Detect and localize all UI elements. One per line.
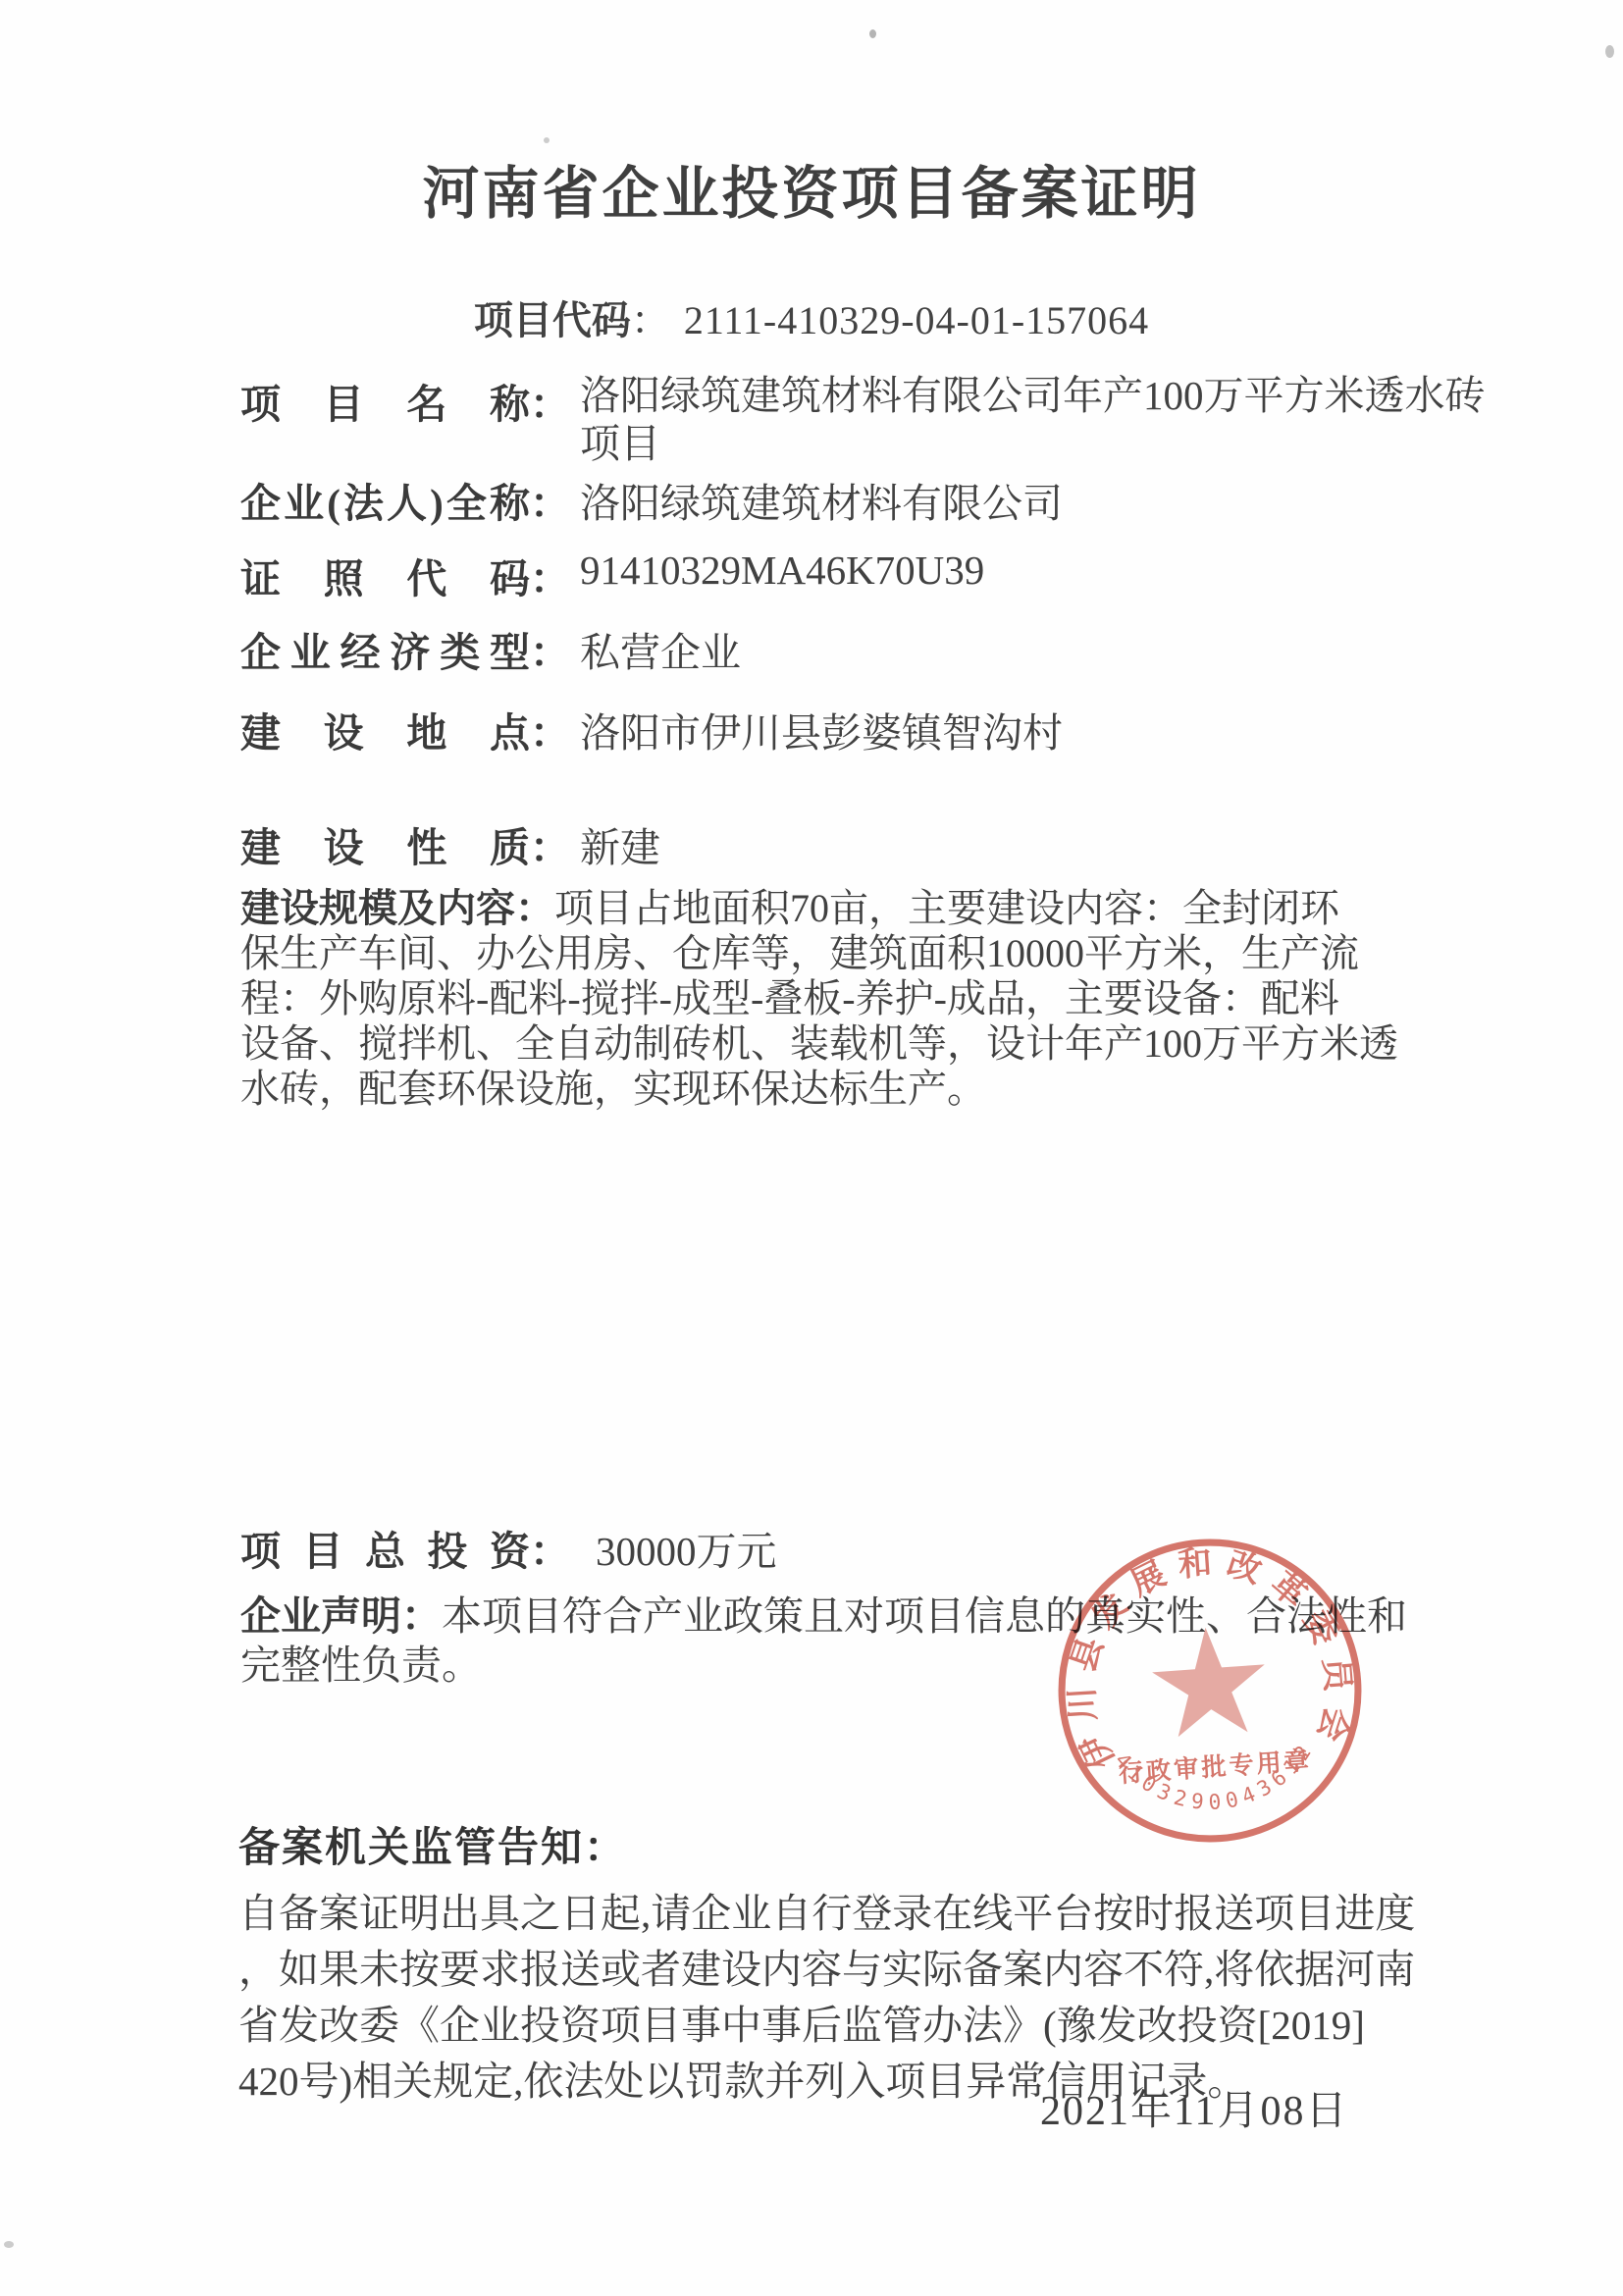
official-seal: 伊川县发展和改革委员会 行政审批专用章 4103290043612: [1041, 1522, 1379, 1859]
colon: ：: [530, 547, 570, 604]
seal-center-text: 行政审批专用章: [1118, 1747, 1313, 1789]
economy-type-value: 私营企业: [580, 620, 741, 678]
scan-speck: [869, 29, 876, 38]
notice-line: 自备案证明出具之日起,请企业自行登录在线平台按时报送项目进度: [238, 1886, 1415, 1942]
license-code-label: 证照代码：: [240, 547, 570, 604]
colon: ：: [631, 298, 670, 342]
scale-line: 水砖，配套环保设施，实现环保达标生产。: [240, 1067, 1398, 1112]
project-name-line2: 项目: [580, 420, 1486, 468]
notice-line: ，如果未按要求报送或者建设内容与实际备案内容不符,将依据河南: [238, 1942, 1415, 1998]
field-row-license-code: 证照代码： 91410329MA46K70U39: [240, 547, 984, 604]
nature-label: 建设性质：: [240, 815, 570, 873]
filing-certificate-document: 河南省企业投资项目备案证明 项目代码：2111-410329-04-01-157…: [0, 0, 1623, 2296]
scan-speck: [1605, 45, 1614, 58]
colon: ：: [530, 701, 570, 758]
scale-line: 保生产车间、办公用房、仓库等，建筑面积10000平方米，生产流: [240, 931, 1398, 976]
declaration-line: 完整性负责。: [240, 1641, 1407, 1690]
company-label: 企业(法人)全称：: [240, 471, 570, 529]
scale-line: 建设规模及内容：项目占地面积70亩，主要建设内容：全封闭环: [240, 886, 1398, 931]
project-name-value: 洛阳绿筑建筑材料有限公司年产100万平方米透水砖 项目: [580, 372, 1486, 468]
scan-speck: [544, 137, 550, 143]
location-value: 洛阳市伊川县彭婆镇智沟村: [580, 701, 1063, 758]
project-name-line1: 洛阳绿筑建筑材料有限公司年产100万平方米透水砖: [580, 372, 1486, 420]
investment-label: 项目总投资：: [240, 1519, 570, 1577]
colon: ：: [530, 815, 570, 873]
field-row-investment: 项目总投资： 30000万元: [240, 1519, 777, 1577]
scale-line: 程：外购原料-配料-搅拌-成型-叠板-养护-成品，主要设备：配料: [240, 976, 1398, 1021]
project-code-label: 项目代码: [474, 298, 631, 342]
colon: ：: [530, 1519, 570, 1577]
colon: ：: [515, 886, 554, 930]
scale-label: 建设规模及内容: [240, 886, 515, 930]
field-row-location: 建设地点： 洛阳市伊川县彭婆镇智沟村: [240, 701, 1063, 758]
colon: ：: [401, 1593, 442, 1639]
field-row-company: 企业(法人)全称： 洛阳绿筑建筑材料有限公司: [240, 471, 1063, 529]
field-row-nature: 建设性质： 新建: [240, 815, 660, 873]
project-code-value: 2111-410329-04-01-157064: [684, 298, 1149, 342]
seal-number: 4103290043612: [1109, 1735, 1323, 1821]
colon: ：: [530, 620, 570, 678]
location-label: 建设地点：: [240, 701, 570, 758]
colon: ：: [530, 372, 570, 430]
scale-content-paragraph: 建设规模及内容：项目占地面积70亩，主要建设内容：全封闭环 保生产车间、办公用房…: [240, 886, 1398, 1112]
scale-line: 设备、搅拌机、全自动制砖机、装载机等，设计年产100万平方米透: [240, 1021, 1398, 1067]
field-row-project-name: 项目名称： 洛阳绿筑建筑材料有限公司年产100万平方米透水砖 项目: [240, 372, 1486, 468]
scan-speck: [4, 2241, 14, 2248]
field-row-economy-type: 企业经济类型： 私营企业: [240, 620, 741, 678]
document-date: 2021年11月08日: [1040, 2078, 1348, 2137]
seal-ring: [1052, 1533, 1368, 1849]
official-seal-graphic: 伊川县发展和改革委员会 行政审批专用章 4103290043612: [1041, 1522, 1379, 1859]
declaration-line: 企业声明：本项目符合产业政策且对项目信息的真实性、合法性和: [240, 1592, 1407, 1641]
document-title: 河南省企业投资项目备案证明: [0, 147, 1623, 230]
colon: ：: [530, 471, 570, 529]
nature-value: 新建: [580, 815, 660, 873]
project-code-line: 项目代码：2111-410329-04-01-157064: [0, 289, 1623, 345]
notice-line: 省发改委《企业投资项目事中事后监管办法》(豫发改投资[2019]: [238, 1998, 1415, 2054]
declaration-label: 企业声明: [240, 1593, 401, 1639]
economy-type-label: 企业经济类型：: [240, 620, 570, 678]
notice-heading: 备案机关监管告知：: [238, 1815, 627, 1874]
notice-body: 自备案证明出具之日起,请企业自行登录在线平台按时报送项目进度 ，如果未按要求报送…: [238, 1886, 1415, 2110]
project-name-label: 项目名称：: [240, 372, 570, 430]
license-code-value: 91410329MA46K70U39: [580, 547, 984, 594]
company-value: 洛阳绿筑建筑材料有限公司: [580, 471, 1063, 529]
declaration-paragraph: 企业声明：本项目符合产业政策且对项目信息的真实性、合法性和 完整性负责。: [240, 1592, 1407, 1690]
investment-value: 30000万元: [596, 1519, 777, 1577]
